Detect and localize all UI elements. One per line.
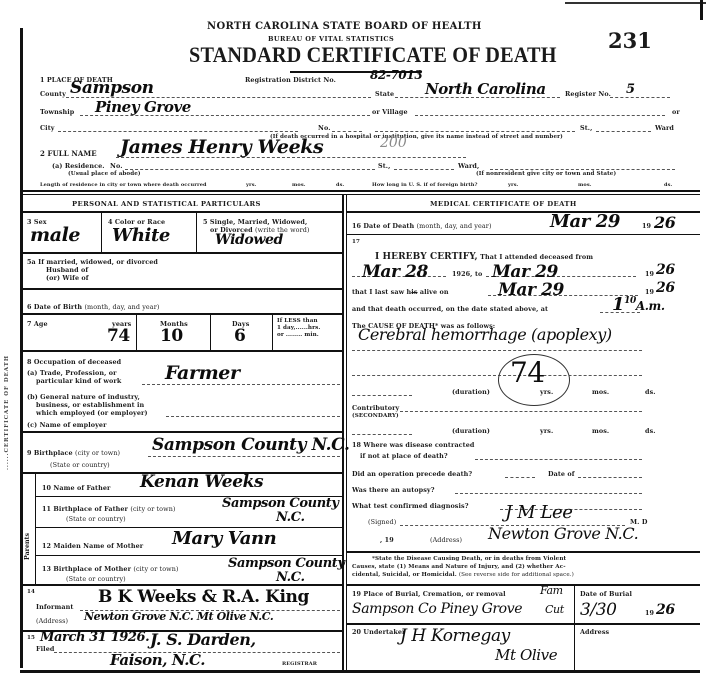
spouse-label: 5a If married, widowed, or divorced bbox=[27, 258, 158, 266]
header-divider-2 bbox=[20, 194, 700, 195]
date-of-death-value: Mar 29 bbox=[550, 211, 620, 232]
attended-from-year: 1926, bbox=[452, 270, 473, 278]
village-label: or Village bbox=[372, 108, 408, 116]
birthplace-value: Sampson County N.C. bbox=[152, 435, 350, 455]
mother-birthplace-value-2: N.C. bbox=[276, 570, 305, 585]
duration-2-yrs: yrs. bbox=[540, 427, 553, 435]
trade-label-2: particular kind of work bbox=[36, 377, 121, 385]
residence-nonresident-note: (If nonresident give city or town and St… bbox=[476, 171, 616, 177]
certificate-title: STANDARD CERTIFICATE OF DEATH bbox=[189, 42, 557, 68]
occupation-label: 8 Occupation of deceased bbox=[27, 358, 121, 366]
duration-2-label: (duration) bbox=[452, 427, 490, 435]
foreign-mos: mos. bbox=[578, 182, 592, 188]
state-label: State bbox=[375, 90, 394, 98]
duration-2-mos: mos. bbox=[592, 427, 609, 435]
father-name-label: 10 Name of Father bbox=[42, 484, 110, 492]
right-scan-edge bbox=[700, 0, 703, 20]
birthplace-label: 9 Birthplace (city or town) bbox=[27, 449, 120, 457]
residence-st-label: St., bbox=[378, 162, 390, 170]
length-mos: mos. bbox=[292, 182, 306, 188]
parents-side-label: Parents bbox=[24, 533, 31, 560]
signed-year-label: , 19 bbox=[380, 536, 394, 544]
length-of-residence-label: Length of residence in city or town wher… bbox=[40, 182, 207, 188]
mother-birthplace-state-hint: (State or country) bbox=[66, 575, 126, 583]
duration-2-ds: ds. bbox=[645, 427, 656, 435]
burial-year-value: 26 bbox=[656, 602, 675, 618]
bottom-border bbox=[20, 670, 700, 673]
industry-label: (b) General nature of industry, bbox=[27, 393, 140, 401]
foreign-birth-label: How long in U. S. if of foreign birth? bbox=[372, 182, 478, 188]
sex-value: male bbox=[30, 224, 80, 246]
foreign-ds: ds. bbox=[664, 182, 672, 188]
secondary-label: (SECONDARY) bbox=[352, 413, 399, 419]
autopsy-label: Was there an autopsy? bbox=[352, 486, 435, 494]
county-label: County bbox=[40, 90, 66, 98]
city-st-label: St., bbox=[580, 124, 592, 132]
years-value: 74 bbox=[107, 326, 130, 346]
board-title: NORTH CAROLINA STATE BOARD OF HEALTH bbox=[207, 21, 482, 32]
father-birthplace-value-2: N.C. bbox=[276, 510, 305, 525]
or-label: or bbox=[672, 108, 680, 116]
register-label: Register No. bbox=[565, 90, 611, 98]
mother-birthplace-value: Sampson County bbox=[228, 556, 345, 571]
burial-place-label: 19 Place of Burial, Cremation, or remova… bbox=[352, 590, 506, 598]
undertaker-address-label: Address bbox=[580, 628, 609, 636]
column-divider-2 bbox=[346, 195, 347, 670]
left-border bbox=[20, 28, 23, 668]
certify-heading: I HEREBY CERTIFY, That I attended deceas… bbox=[375, 252, 593, 262]
mother-name-label: 12 Maiden Name of Mother bbox=[42, 542, 143, 550]
trade-value: Farmer bbox=[165, 362, 240, 384]
employer-label: (c) Name of employer bbox=[27, 421, 107, 429]
residence-abode-note: (Usual place of abode) bbox=[68, 171, 141, 177]
mother-birthplace-label: 13 Birthplace of Mother (city or town) bbox=[42, 565, 179, 573]
burial-extra-1: Fam bbox=[540, 584, 563, 597]
mother-name-value: Mary Vann bbox=[172, 528, 276, 549]
foreign-yrs: yrs. bbox=[508, 182, 519, 188]
header-divider bbox=[20, 190, 700, 192]
informant-address-value: Newton Grove N.C. Mt Olive N.C. bbox=[84, 610, 273, 623]
burial-extra-2: Cut bbox=[545, 603, 564, 616]
marital-label: 5 Single, Married, Widowed, bbox=[203, 218, 307, 226]
death-time-label: and that death occurred, on the date sta… bbox=[352, 305, 548, 313]
full-name-value: James Henry Weeks bbox=[120, 136, 323, 158]
burial-date-label: Date of Burial bbox=[580, 590, 632, 598]
wife-of-label: (or) Wife of bbox=[46, 274, 89, 282]
filed-number: 15 bbox=[27, 635, 35, 641]
burial-date-value: 3/30 bbox=[580, 600, 617, 620]
duration-label: (duration) bbox=[452, 388, 490, 396]
husband-of-label: Husband of bbox=[46, 266, 88, 274]
cause-note-line-3: cidental, Suicidal, or Homicidal. (See r… bbox=[352, 572, 574, 578]
medical-section-title: MEDICAL CERTIFICATE OF DEATH bbox=[430, 200, 577, 208]
circled-cause-code-value: 74 bbox=[510, 356, 545, 389]
date-of-death-year-value: 26 bbox=[654, 213, 675, 232]
cause-of-death-value: Cerebral hemorrhage (apoplexy) bbox=[358, 325, 612, 344]
color-value: White bbox=[112, 225, 170, 246]
date-of-death-year-prefix: 19 bbox=[642, 222, 651, 230]
operation-label: Did an operation precede death? bbox=[352, 470, 472, 478]
registrar-label: REGISTRAR bbox=[282, 661, 317, 667]
date-of-death-label: 16 Date of Death (month, day, and year) bbox=[352, 222, 492, 230]
burial-place-value: Sampson Co Piney Grove bbox=[352, 601, 522, 617]
township-value: Piney Grove bbox=[95, 98, 191, 116]
last-saw-value: Mar 29 bbox=[498, 280, 564, 300]
cause-note-line-2: Causes, state (1) Means and Nature of In… bbox=[352, 564, 566, 570]
personal-section-title: PERSONAL AND STATISTICAL PARTICULARS bbox=[72, 200, 261, 208]
death-time-value: 110A.m. bbox=[612, 294, 665, 315]
item-17: 17 bbox=[352, 239, 360, 245]
test-diagnosis-label: What test confirmed diagnosis? bbox=[352, 502, 469, 510]
contributory-label: Contributory bbox=[352, 404, 399, 412]
signed-physician-value: J M Lee bbox=[505, 502, 573, 523]
informant-value: B K Weeks & R.A. King bbox=[98, 587, 309, 607]
months-value: 10 bbox=[160, 326, 183, 346]
city-ward-label: Ward bbox=[655, 124, 674, 132]
last-saw-label: that I last saw his alive on bbox=[352, 288, 449, 296]
parents-block-divider bbox=[35, 473, 36, 584]
physician-address-value: Newton Grove N.C. bbox=[488, 524, 638, 543]
certificate-number: 231 bbox=[608, 28, 652, 53]
age-label: 7 Age bbox=[27, 320, 48, 328]
industry-label-2: business, or establishment in bbox=[36, 401, 144, 409]
days-value: 6 bbox=[234, 326, 245, 346]
attended-to-year-prefix: 19 bbox=[645, 270, 654, 278]
informant-number: 14 bbox=[27, 589, 35, 595]
column-divider bbox=[342, 195, 344, 670]
less-than-hrs: 1 day,......hrs. bbox=[277, 325, 320, 331]
state-value: North Carolina bbox=[425, 80, 546, 98]
cause-note-line-1: *State the Disease Causing Death, or in … bbox=[372, 556, 566, 562]
residence-ward-label: Ward, bbox=[458, 162, 479, 170]
trade-label: (a) Trade, Profession, or bbox=[27, 369, 117, 377]
birthplace-state-hint: (State or country) bbox=[50, 461, 110, 469]
filed-label: Filed bbox=[36, 645, 54, 653]
full-name-margin-note: 200 bbox=[380, 135, 407, 151]
father-birthplace-value: Sampson County bbox=[222, 496, 339, 511]
less-than-label: If LESS than bbox=[277, 318, 318, 324]
undertaker-location-value: Mt Olive bbox=[495, 646, 557, 664]
father-birthplace-state-hint: (State or country) bbox=[66, 515, 126, 523]
top-scan-edge bbox=[565, 2, 706, 4]
signed-label: (Signed) bbox=[368, 518, 396, 526]
residence-no-label: No. bbox=[110, 162, 123, 170]
attended-to-label: to bbox=[475, 270, 482, 278]
dob-label: 6 Date of Birth (month, day, and year) bbox=[27, 303, 159, 311]
registration-district-label: Registration District No. bbox=[245, 76, 336, 84]
margin-vertical-text: ......CERTIFICATE OF DEATH bbox=[4, 355, 10, 470]
father-name-value: Kenan Weeks bbox=[140, 472, 263, 492]
informant-address-label: (Address) bbox=[36, 617, 68, 625]
township-label: Township bbox=[40, 108, 74, 116]
county-value: Sampson bbox=[70, 78, 154, 98]
marital-value: Widowed bbox=[215, 232, 283, 248]
less-than-min: or ........ min. bbox=[277, 332, 319, 338]
attended-to-value: Mar 29 bbox=[492, 262, 558, 282]
registrar-location-value: Faison, N.C. bbox=[110, 651, 205, 669]
duration-yrs: yrs. bbox=[540, 388, 553, 396]
burial-year-prefix: 19 bbox=[645, 609, 654, 617]
registrar-name-value: J. S. Darden, bbox=[150, 630, 256, 649]
attended-to-year-value: 26 bbox=[656, 262, 675, 278]
duration-mos: mos. bbox=[592, 388, 609, 396]
undertaker-name-value: J H Kornegay bbox=[400, 626, 510, 646]
where-contracted-label-2: if not at place of death? bbox=[360, 452, 448, 460]
physician-address-label: (Address) bbox=[430, 536, 462, 544]
length-ds: ds. bbox=[336, 182, 344, 188]
full-name-label: 2 FULL NAME bbox=[40, 149, 97, 158]
city-no-label: No. bbox=[318, 124, 331, 132]
industry-label-3: which employed (or employer) bbox=[36, 409, 148, 417]
residence-label: (a) Residence. bbox=[52, 162, 105, 170]
attended-from-value: Mar 28 bbox=[362, 262, 428, 282]
city-label: City bbox=[40, 124, 55, 132]
informant-label: Informant bbox=[36, 603, 73, 611]
filed-date-value: March 31 1926. bbox=[40, 630, 149, 645]
operation-date-label: Date of bbox=[548, 470, 575, 478]
register-value: 5 bbox=[626, 82, 635, 97]
duration-ds: ds. bbox=[645, 388, 656, 396]
where-contracted-label: 18 Where was disease contracted bbox=[352, 441, 474, 449]
undertaker-label: 20 Undertaker bbox=[352, 628, 406, 636]
length-yrs: yrs. bbox=[246, 182, 257, 188]
registration-district-value: 82-7013 bbox=[370, 68, 422, 82]
father-birthplace-label: 11 Birthplace of Father (city or town) bbox=[42, 505, 176, 513]
